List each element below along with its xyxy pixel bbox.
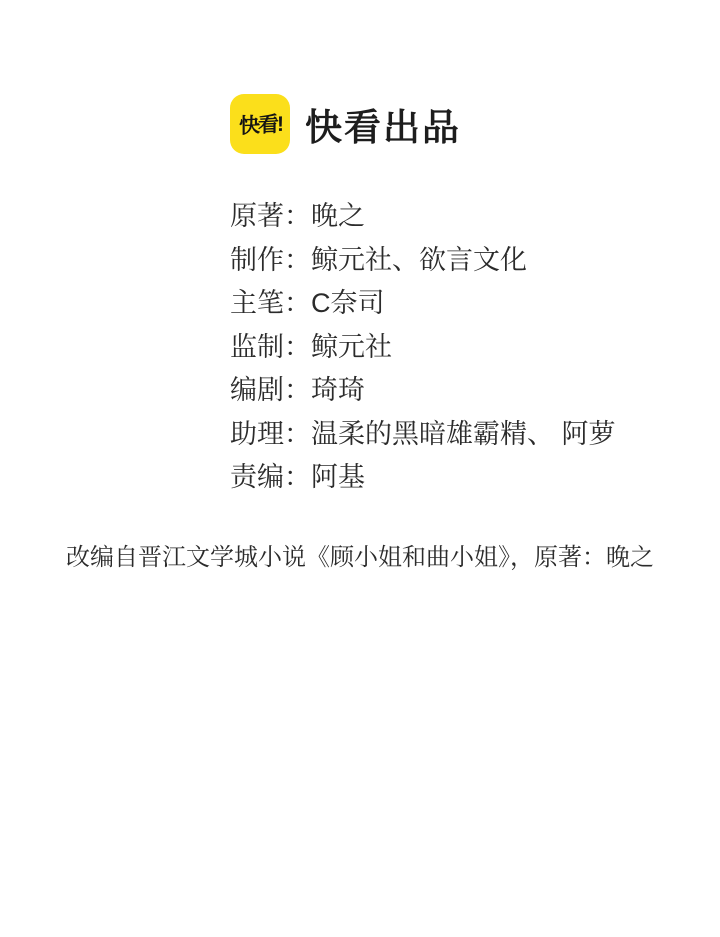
credit-colon: ：	[284, 288, 311, 318]
credit-value: 琦琦	[311, 375, 365, 405]
credit-line-original-author: 原著：晚之	[230, 195, 616, 239]
credit-label: 制作	[230, 245, 284, 275]
credit-value: 晚之	[311, 201, 365, 231]
credit-label: 原著	[230, 201, 284, 231]
credit-colon: ：	[284, 375, 311, 405]
credit-label: 助理	[230, 419, 284, 449]
kuaikan-logo-icon: 快看!	[230, 94, 290, 154]
credit-label: 责编	[230, 462, 284, 492]
credit-colon: ：	[284, 419, 311, 449]
credit-colon: ：	[284, 332, 311, 362]
credit-value: C奈司	[311, 288, 385, 318]
publisher-logo-row: 快看! 快看出品	[230, 94, 461, 154]
credit-value: 鲸元社、欲言文化	[311, 245, 527, 275]
kuaikan-logo-text: 快看!	[239, 108, 282, 140]
credit-label: 监制	[230, 332, 284, 362]
credit-line-screenwriter: 编剧：琦琦	[230, 369, 616, 413]
credit-line-supervisor: 监制：鲸元社	[230, 326, 616, 370]
credit-line-assistant: 助理：温柔的黑暗雄霸精、 阿萝	[230, 413, 616, 457]
credit-line-editor: 责编：阿基	[230, 456, 616, 500]
credit-label: 主笔	[230, 288, 284, 318]
credit-value: 阿基	[311, 462, 365, 492]
credit-colon: ：	[284, 462, 311, 492]
credit-value: 温柔的黑暗雄霸精、 阿萝	[311, 419, 616, 449]
publisher-wordmark: 快看出品	[305, 97, 461, 151]
adaptation-note: 改编自晋江文学城小说《顾小姐和曲小姐》，原著：晚之	[0, 541, 720, 575]
credit-colon: ：	[284, 201, 311, 231]
credit-colon: ：	[284, 245, 311, 275]
credit-line-production: 制作：鲸元社、欲言文化	[230, 239, 616, 283]
credits-list: 原著：晚之 制作：鲸元社、欲言文化 主笔：C奈司 监制：鲸元社 编剧：琦琦 助理…	[230, 195, 616, 500]
credit-value: 鲸元社	[311, 332, 392, 362]
credit-line-lead-artist: 主笔：C奈司	[230, 282, 616, 326]
credits-page: 快看! 快看出品 原著：晚之 制作：鲸元社、欲言文化 主笔：C奈司 监制：鲸元社…	[0, 0, 720, 937]
credit-label: 编剧	[230, 375, 284, 405]
